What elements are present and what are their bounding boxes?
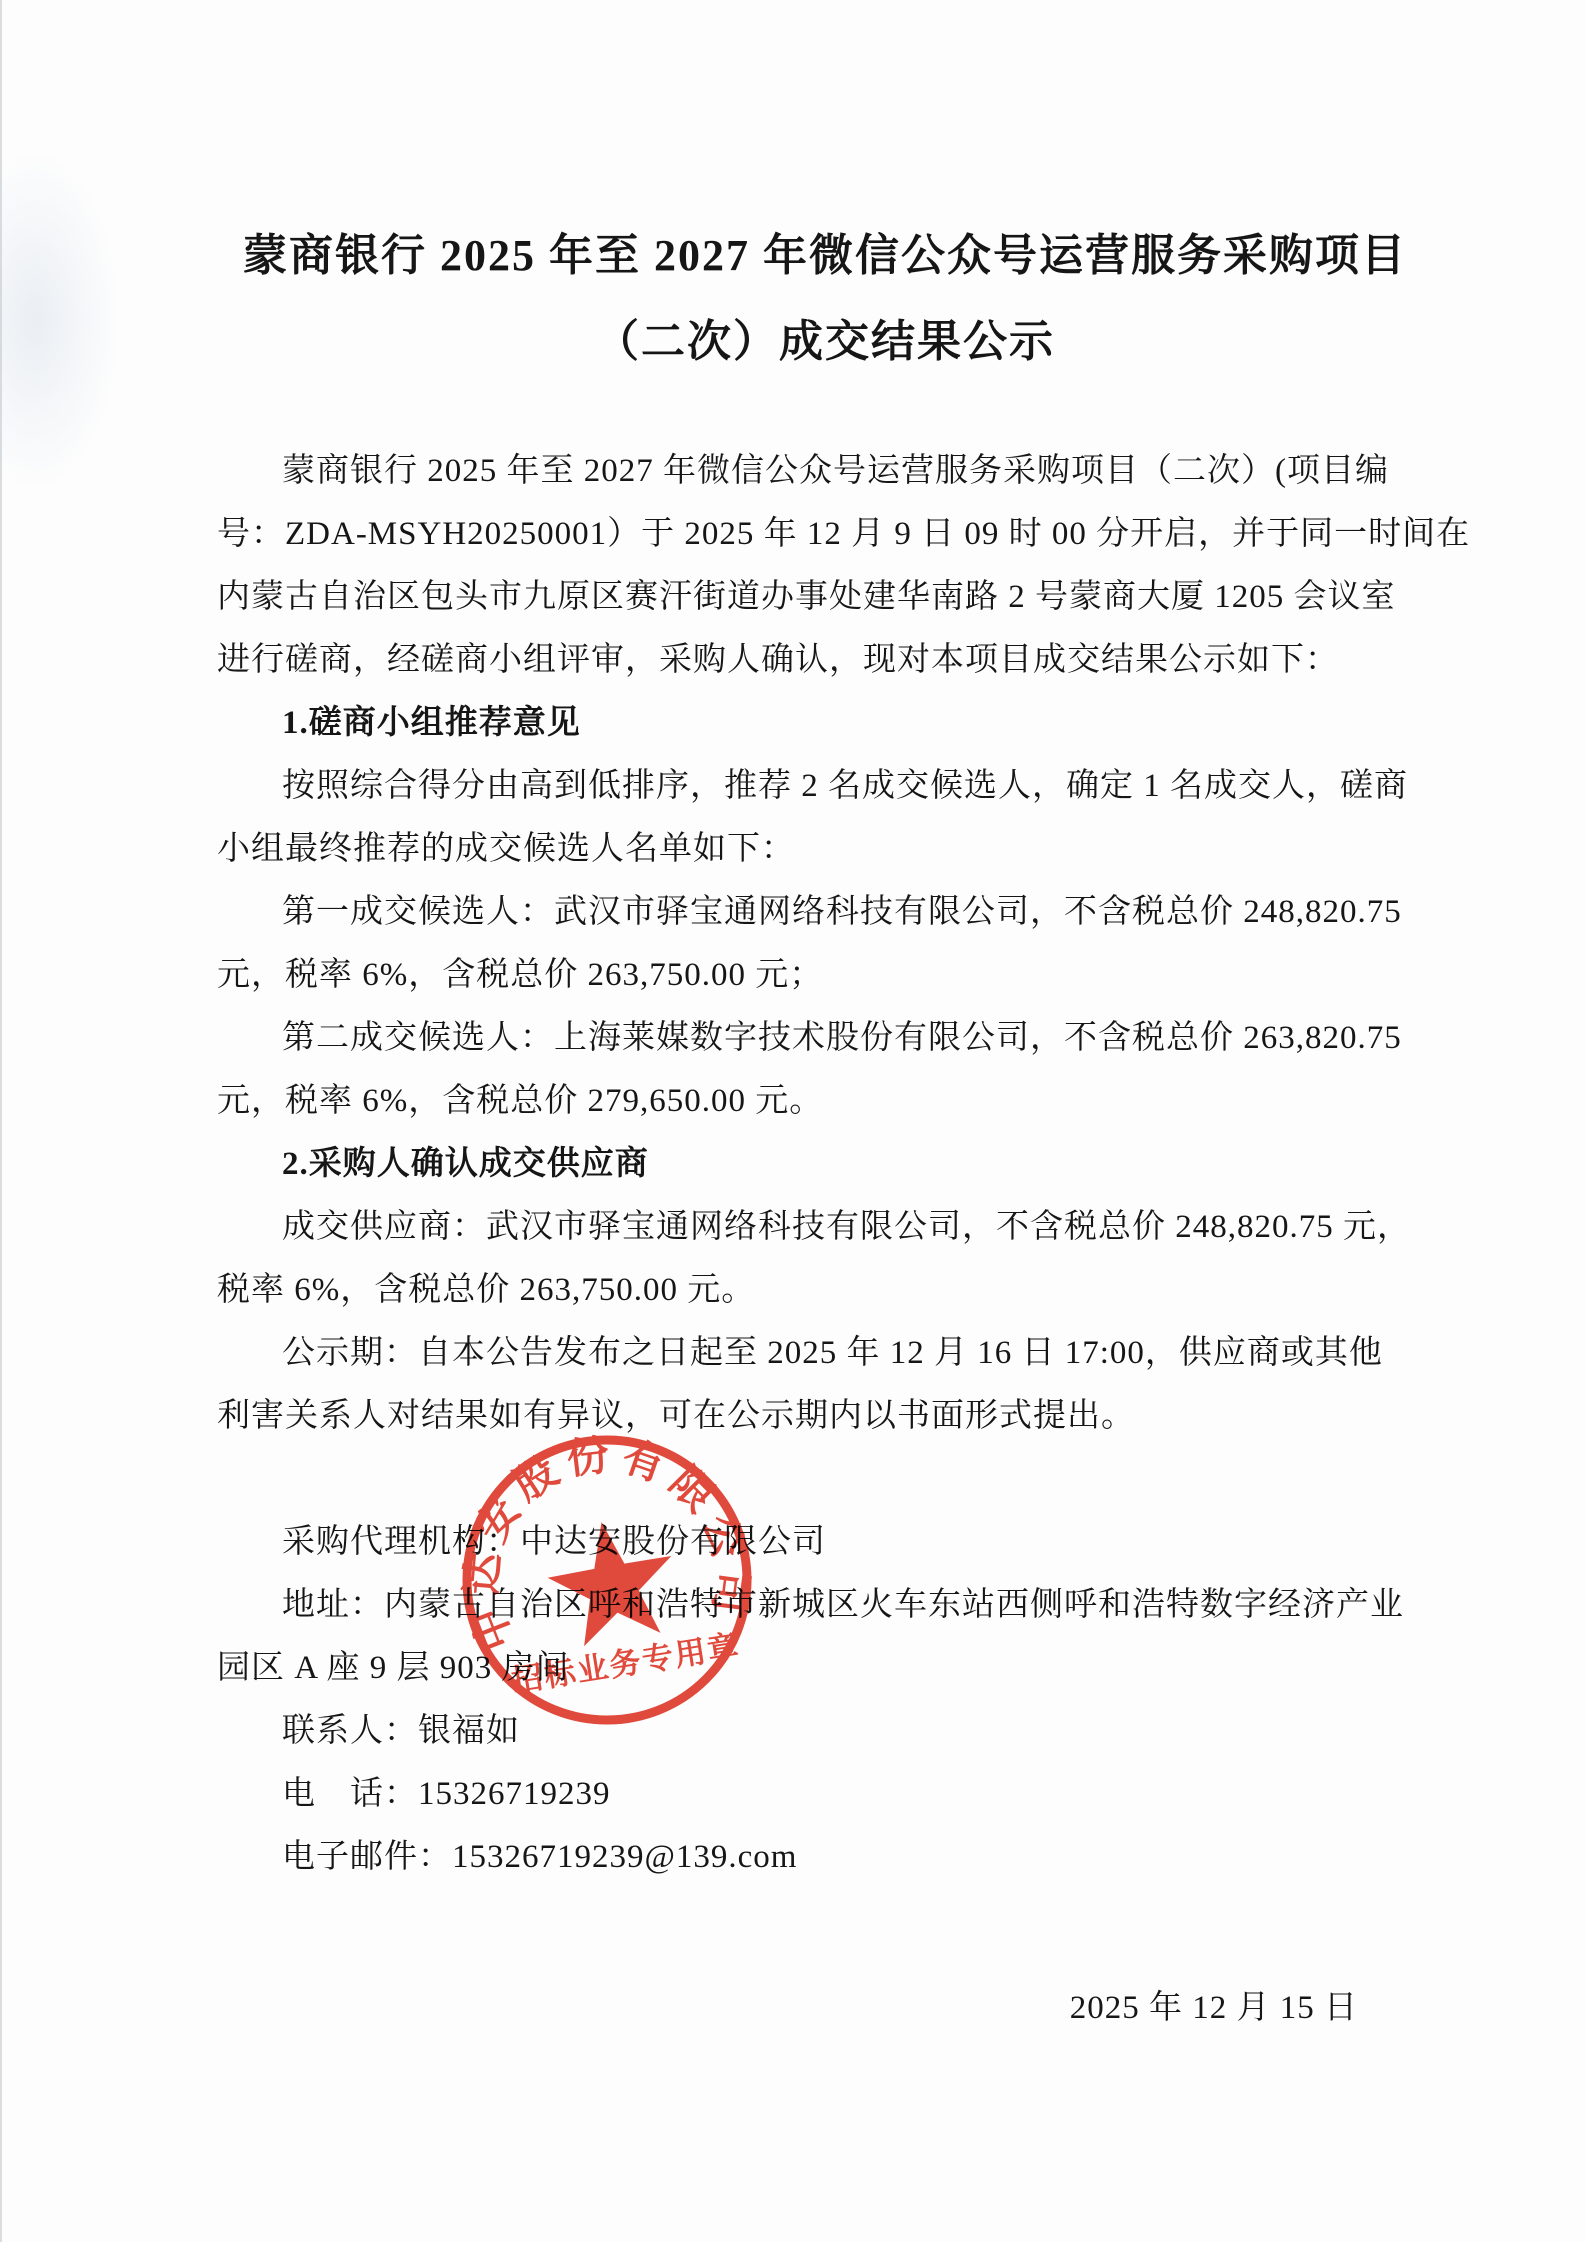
document-page: 蒙商银行 2025 年至 2027 年微信公众号运营服务采购项目 （二次）成交结… [0,0,1586,2242]
email-line: 电子邮件：15326719239@139.com [217,1826,1433,1889]
phone-line: 电 话：15326719239 [217,1763,1433,1826]
opening-para-line-2: 号：ZDA-MSYH20250001）于 2025 年 12 月 9 日 09 … [217,503,1433,566]
opening-para-line-3: 内蒙古自治区包头市九原区赛汗街道办事处建华南路 2 号蒙商大厦 1205 会议室 [217,566,1433,629]
section-1-line-1: 按照综合得分由高到低排序，推荐 2 名成交候选人，确定 1 名成交人，磋商 [217,755,1433,818]
opening-para-line-4: 进行磋商，经磋商小组评审，采购人确认，现对本项目成交结果公示如下： [217,629,1433,692]
publicity-period-line-2: 利害关系人对结果如有异议，可在公示期内以书面形式提出。 [217,1385,1433,1448]
candidate-2-line-2: 元，税率 6%，含税总价 279,650.00 元。 [217,1070,1433,1133]
company-seal: 中达安股份有限公司 招标业务专用章 [447,1420,767,1740]
seal-star-icon [548,1522,672,1646]
agency-line: 采购代理机构：中达安股份有限公司 [217,1511,1433,1574]
address-line-1: 地址：内蒙古自治区呼和浩特市新城区火车东站西侧呼和浩特数字经济产业 [217,1574,1433,1637]
seal-label-text: 招标业务专用章 [509,1628,743,1699]
address-line-2: 园区 A 座 9 层 903 房间 [217,1637,1433,1700]
section-1-heading: 1.磋商小组推荐意见 [217,692,1433,755]
doc-title-line-2: （二次）成交结果公示 [217,299,1433,385]
opening-para-line-1: 蒙商银行 2025 年至 2027 年微信公众号运营服务采购项目（二次）(项目编 [217,440,1433,503]
doc-body: 蒙商银行 2025 年至 2027 年微信公众号运营服务采购项目（二次）(项目编… [217,440,1433,1889]
candidate-2-line-1: 第二成交候选人：上海莱媒数字技术股份有限公司，不含税总价 263,820.75 [217,1007,1433,1070]
publish-date: 2025 年 12 月 15 日 [217,1977,1433,2040]
doc-title-line-1: 蒙商银行 2025 年至 2027 年微信公众号运营服务采购项目 [217,213,1433,299]
publicity-period-line-1: 公示期：自本公告发布之日起至 2025 年 12 月 16 日 17:00，供应… [217,1322,1433,1385]
section-1-line-2: 小组最终推荐的成交候选人名单如下： [217,818,1433,881]
supplier-line-1: 成交供应商：武汉市驿宝通网络科技有限公司，不含税总价 248,820.75 元， [217,1196,1433,1259]
candidate-1-line-2: 元，税率 6%，含税总价 263,750.00 元； [217,944,1433,1007]
blank-line [217,1448,1433,1511]
document-content: 蒙商银行 2025 年至 2027 年微信公众号运营服务采购项目 （二次）成交结… [0,0,1586,2242]
candidate-1-line-1: 第一成交候选人：武汉市驿宝通网络科技有限公司，不含税总价 248,820.75 [217,881,1433,944]
contact-person-line: 联系人：银福如 [217,1700,1433,1763]
supplier-line-2: 税率 6%，含税总价 263,750.00 元。 [217,1259,1433,1322]
section-2-heading: 2.采购人确认成交供应商 [217,1133,1433,1196]
